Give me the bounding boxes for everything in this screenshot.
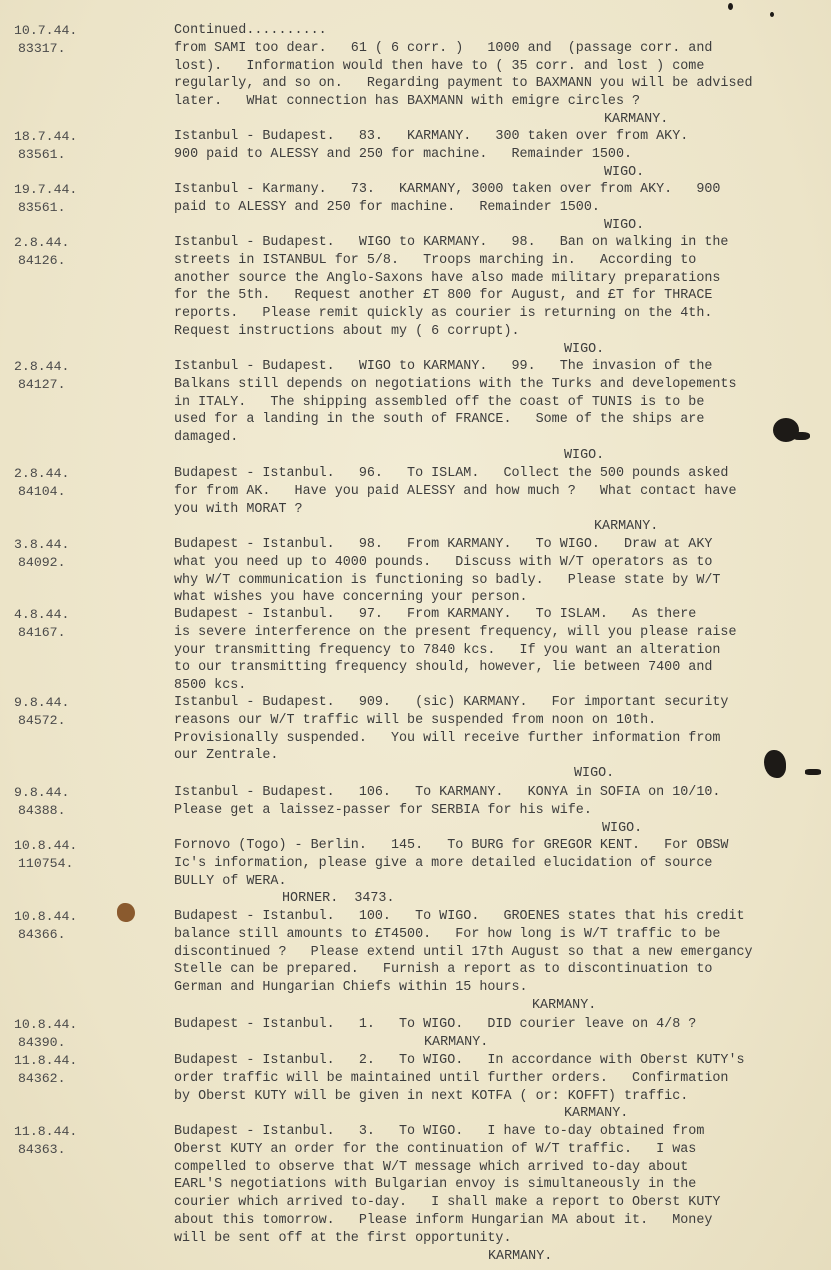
signature: WIGO. (174, 217, 814, 235)
text-line: 900 paid to ALESSY and 250 for machine. … (174, 146, 814, 164)
text-line: used for a landing in the south of FRANC… (174, 411, 814, 429)
entry-meta: 4.8.44.84167. (14, 606, 134, 642)
entry-meta: 10.8.44.84366. (14, 908, 134, 944)
ink-blot (770, 12, 774, 17)
entry-date: 11.8.44. (14, 1123, 134, 1141)
text-line: Budapest - Istanbul. 98. From KARMANY. T… (174, 536, 814, 554)
text-line: Oberst KUTY an order for the continuatio… (174, 1141, 814, 1159)
entry-text: Istanbul - Karmany. 73. KARMANY, 3000 ta… (174, 181, 814, 234)
entry-date: 18.7.44. (14, 128, 134, 146)
entry-date: 2.8.44. (14, 465, 134, 483)
text-line: reasons our W/T traffic will be suspende… (174, 712, 814, 730)
text-line: reports. Please remit quickly as courier… (174, 305, 814, 323)
text-line: Istanbul - Budapest. WIGO to KARMANY. 99… (174, 358, 814, 376)
text-line: to our transmitting frequency should, ho… (174, 659, 814, 677)
entry-reference-number: 83317. (14, 40, 134, 58)
entry-reference-number: 83561. (14, 146, 134, 164)
entry-reference-number: 84366. (14, 926, 134, 944)
text-line: compelled to observe that W/T message wh… (174, 1159, 814, 1177)
entry-reference-number: 84167. (14, 624, 134, 642)
text-line: order traffic will be maintained until f… (174, 1070, 814, 1088)
text-line: what wishes you have concerning your per… (174, 589, 814, 607)
text-line: Continued.......... (174, 22, 814, 40)
entry-reference-number: 84388. (14, 802, 134, 820)
signature: WIGO. (174, 341, 814, 359)
entry-date: 10.7.44. (14, 22, 134, 40)
entry-meta: 10.7.44.83317. (14, 22, 134, 58)
text-line: Fornovo (Togo) - Berlin. 145. To BURG fo… (174, 837, 814, 855)
text-line: will be sent off at the first opportunit… (174, 1230, 814, 1248)
text-line: regularly, and so on. Regarding payment … (174, 75, 814, 93)
text-line: is severe interference on the present fr… (174, 624, 814, 642)
text-line: Budapest - Istanbul. 1. To WIGO. DID cou… (174, 1016, 814, 1034)
text-line: from SAMI too dear. 61 ( 6 corr. ) 1000 … (174, 40, 814, 58)
text-line: another source the Anglo-Saxons have als… (174, 270, 814, 288)
signature: WIGO. (174, 765, 814, 783)
text-line: Istanbul - Budapest. WIGO to KARMANY. 98… (174, 234, 814, 252)
entry-date: 10.8.44. (14, 837, 134, 855)
text-line: for from AK. Have you paid ALESSY and ho… (174, 483, 814, 501)
text-line: about this tomorrow. Please inform Hunga… (174, 1212, 814, 1230)
entry-text: Budapest - Istanbul. 100. To WIGO. GROEN… (174, 908, 814, 1015)
text-line: Ic's information, please give a more det… (174, 855, 814, 873)
typewritten-page: 10.7.44.83317.Continued..........from SA… (0, 0, 831, 1270)
text-line: paid to ALESSY and 250 for machine. Rema… (174, 199, 814, 217)
entry-date: 9.8.44. (14, 784, 134, 802)
text-line: you with MORAT ? (174, 501, 814, 519)
entry-meta: 18.7.44.83561. (14, 128, 134, 164)
text-line: German and Hungarian Chiefs within 15 ho… (174, 979, 814, 997)
text-line: in ITALY. The shipping assembled off the… (174, 394, 814, 412)
entry-reference-number: 84092. (14, 554, 134, 572)
text-line: streets in ISTANBUL for 5/8. Troops marc… (174, 252, 814, 270)
entry-text: Budapest - Istanbul. 2. To WIGO. In acco… (174, 1052, 814, 1123)
ink-blot (728, 3, 733, 10)
text-line: Budapest - Istanbul. 97. From KARMANY. T… (174, 606, 814, 624)
text-line: lost). Information would then have to ( … (174, 58, 814, 76)
entry-meta: 19.7.44.83561. (14, 181, 134, 217)
text-line: Istanbul - Budapest. 83. KARMANY. 300 ta… (174, 128, 814, 146)
entry-date: 10.8.44. (14, 1016, 134, 1034)
text-line: Request instructions about my ( 6 corrup… (174, 323, 814, 341)
text-line: your transmitting frequency to 7840 kcs.… (174, 642, 814, 660)
entry-meta: 11.8.44.84363. (14, 1123, 134, 1159)
entry-text: Budapest - Istanbul. 98. From KARMANY. T… (174, 536, 814, 607)
entry-meta: 3.8.44.84092. (14, 536, 134, 572)
entry-meta: 10.8.44.84390. (14, 1016, 134, 1052)
entry-date: 9.8.44. (14, 694, 134, 712)
text-line: why W/T communication is functioning so … (174, 572, 814, 590)
entry-meta: 9.8.44.84388. (14, 784, 134, 820)
text-line: discontinued ? Please extend until 17th … (174, 944, 814, 962)
text-line: 8500 kcs. (174, 677, 814, 695)
entry-text: Fornovo (Togo) - Berlin. 145. To BURG fo… (174, 837, 814, 908)
entry-reference-number: 110754. (14, 855, 134, 873)
signature: KARMANY. (174, 997, 814, 1015)
entry-meta: 2.8.44.84127. (14, 358, 134, 394)
text-line: Provisionally suspended. You will receiv… (174, 730, 814, 748)
signature: KARMANY. (174, 1034, 814, 1052)
entry-reference-number: 84363. (14, 1141, 134, 1159)
entry-reference-number: 84572. (14, 712, 134, 730)
entry-text: Budapest - Istanbul. 3. To WIGO. I have … (174, 1123, 814, 1265)
signature: HORNER. 3473. (174, 890, 814, 908)
entry-reference-number: 84390. (14, 1034, 134, 1052)
entry-reference-number: 84127. (14, 376, 134, 394)
signature: KARMANY. (174, 1248, 814, 1266)
text-line: balance still amounts to £T4500. For how… (174, 926, 814, 944)
entry-date: 3.8.44. (14, 536, 134, 554)
entry-date: 4.8.44. (14, 606, 134, 624)
text-line: our Zentrale. (174, 747, 814, 765)
text-line: Balkans still depends on negotiations wi… (174, 376, 814, 394)
entry-text: Budapest - Istanbul. 1. To WIGO. DID cou… (174, 1016, 814, 1052)
signature: WIGO. (174, 164, 814, 182)
entry-date: 2.8.44. (14, 234, 134, 252)
entry-reference-number: 84104. (14, 483, 134, 501)
text-line: Stelle can be prepared. Furnish a report… (174, 961, 814, 979)
entry-meta: 2.8.44.84126. (14, 234, 134, 270)
entry-text: Budapest - Istanbul. 96. To ISLAM. Colle… (174, 465, 814, 536)
entry-meta: 2.8.44.84104. (14, 465, 134, 501)
text-line: Budapest - Istanbul. 100. To WIGO. GROEN… (174, 908, 814, 926)
entry-reference-number: 84126. (14, 252, 134, 270)
entry-text: Continued..........from SAMI too dear. 6… (174, 22, 814, 129)
signature: KARMANY. (174, 111, 814, 129)
text-line: courier which arrived to-day. I shall ma… (174, 1194, 814, 1212)
signature: WIGO. (174, 447, 814, 465)
text-line: by Oberst KUTY will be given in next KOT… (174, 1088, 814, 1106)
entry-text: Istanbul - Budapest. 909. (sic) KARMANY.… (174, 694, 814, 783)
text-line: later. WHat connection has BAXMANN with … (174, 93, 814, 111)
text-line: Budapest - Istanbul. 96. To ISLAM. Colle… (174, 465, 814, 483)
entry-reference-number: 84362. (14, 1070, 134, 1088)
entry-date: 11.8.44. (14, 1052, 134, 1070)
entry-text: Budapest - Istanbul. 97. From KARMANY. T… (174, 606, 814, 695)
text-line: for the 5th. Request another £T 800 for … (174, 287, 814, 305)
entry-date: 2.8.44. (14, 358, 134, 376)
entry-meta: 10.8.44.110754. (14, 837, 134, 873)
entry-date: 10.8.44. (14, 908, 134, 926)
signature: WIGO. (174, 820, 814, 838)
entry-text: Istanbul - Budapest. WIGO to KARMANY. 98… (174, 234, 814, 359)
entry-text: Istanbul - Budapest. WIGO to KARMANY. 99… (174, 358, 814, 465)
entry-text: Istanbul - Budapest. 83. KARMANY. 300 ta… (174, 128, 814, 181)
entry-meta: 11.8.44.84362. (14, 1052, 134, 1088)
text-line: damaged. (174, 429, 814, 447)
text-line: EARL'S negotiations with Bulgarian envoy… (174, 1176, 814, 1194)
text-line: Istanbul - Karmany. 73. KARMANY, 3000 ta… (174, 181, 814, 199)
text-line: Istanbul - Budapest. 909. (sic) KARMANY.… (174, 694, 814, 712)
text-line: what you need up to 4000 pounds. Discuss… (174, 554, 814, 572)
text-line: Budapest - Istanbul. 3. To WIGO. I have … (174, 1123, 814, 1141)
entry-date: 19.7.44. (14, 181, 134, 199)
signature: KARMANY. (174, 518, 814, 536)
entry-reference-number: 83561. (14, 199, 134, 217)
text-line: Budapest - Istanbul. 2. To WIGO. In acco… (174, 1052, 814, 1070)
text-line: BULLY of WERA. (174, 873, 814, 891)
text-line: Please get a laissez-passer for SERBIA f… (174, 802, 814, 820)
signature: KARMANY. (174, 1105, 814, 1123)
entry-text: Istanbul - Budapest. 106. To KARMANY. KO… (174, 784, 814, 837)
text-line: Istanbul - Budapest. 106. To KARMANY. KO… (174, 784, 814, 802)
entry-meta: 9.8.44.84572. (14, 694, 134, 730)
